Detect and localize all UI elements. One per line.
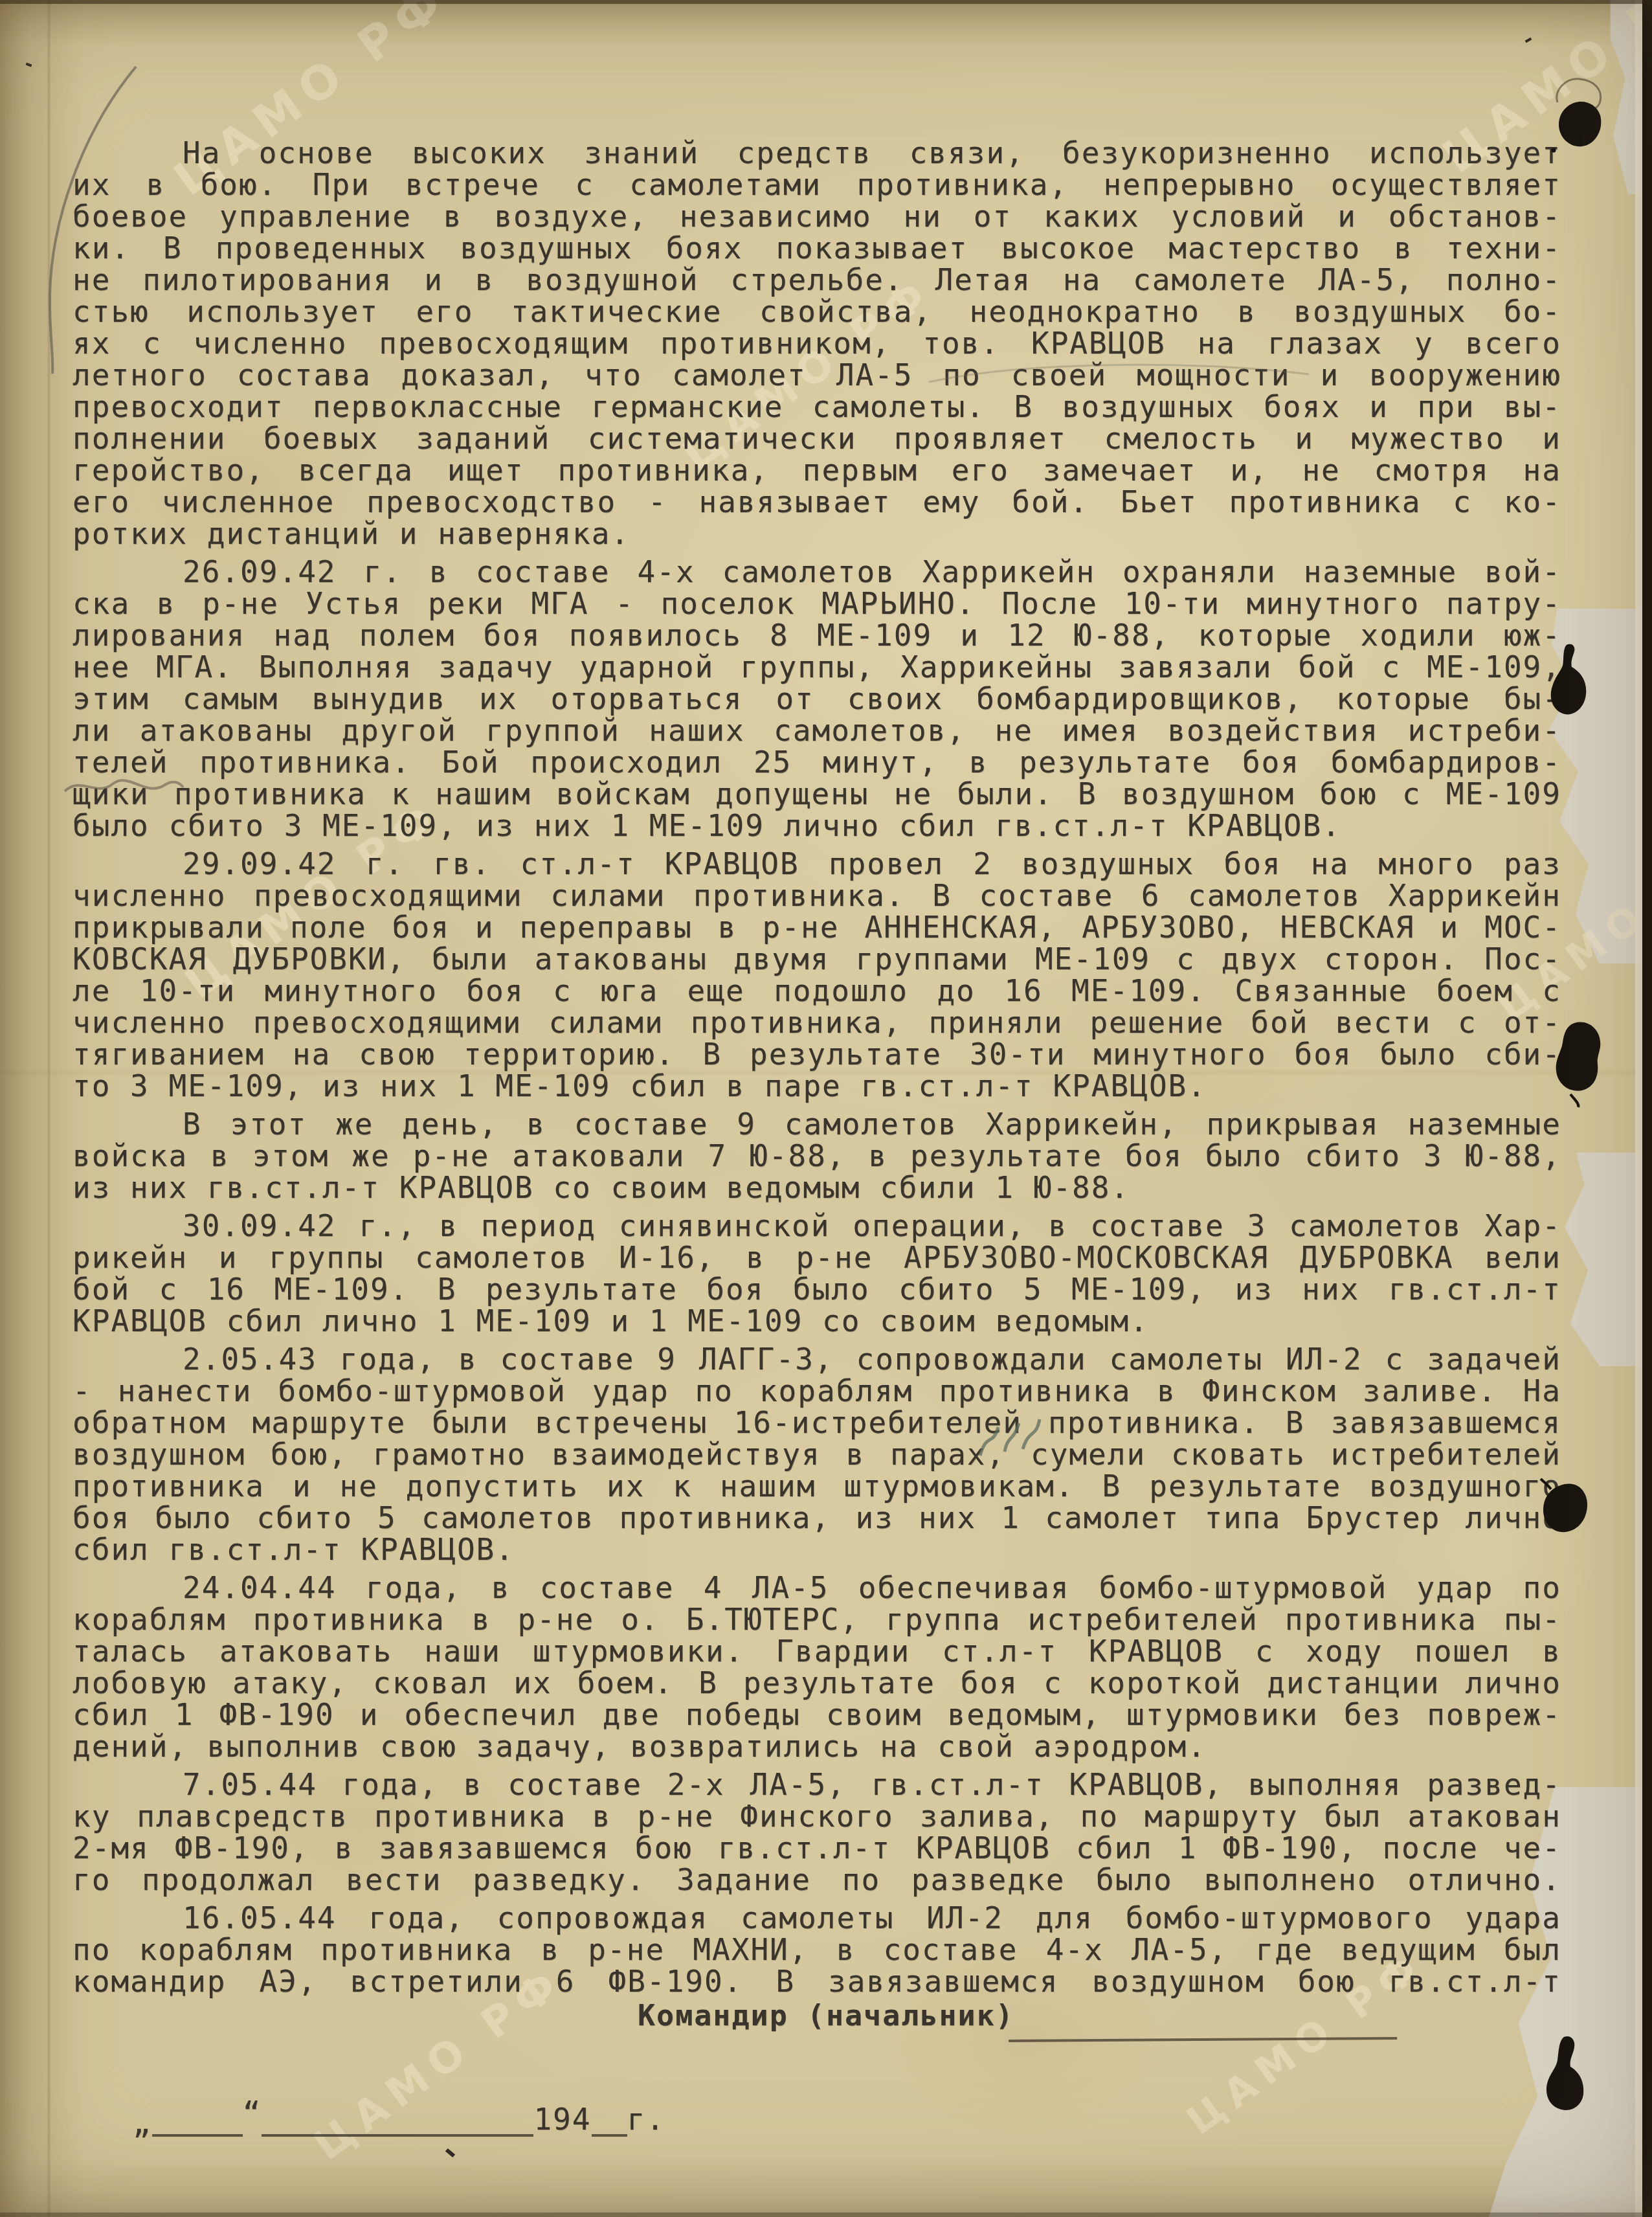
scan-background-edge: [1642, 0, 1652, 2217]
text-line: телей противника. Бой происходил 25 мину…: [73, 747, 1561, 778]
text-line: ска в р-не Устья реки МГА - поселок МАРЬ…: [73, 588, 1561, 620]
text-line: численно превосходящими силами противник…: [73, 880, 1561, 912]
text-line: из них гв.ст.л-т КРАВЦОВ со своим ведомы…: [73, 1172, 1561, 1204]
text-line: щики противника к нашим войскам допущены…: [73, 778, 1561, 810]
paragraph: 7.05.44 года, в составе 2-х ЛА-5, гв.ст.…: [73, 1769, 1561, 1896]
date-blank-line: „“194г.: [133, 2097, 665, 2137]
text-line: В этот же день, в составе 9 самолетов Ха…: [73, 1108, 1561, 1140]
text-line: полнении боевых заданий систематически п…: [73, 423, 1561, 455]
text-line: сбил 1 ФВ-190 и обеспечил две победы сво…: [73, 1699, 1561, 1731]
text-line: талась атаковать наши штурмовики. Гварди…: [73, 1636, 1561, 1667]
open-quote: „: [133, 2106, 152, 2141]
text-line: было сбито 3 МЕ-109, из них 1 МЕ-109 лич…: [73, 810, 1561, 842]
scan-background-edge: [0, 0, 1652, 4]
paragraph: 29.09.42 г. гв. ст.л-т КРАВЦОВ провел 2 …: [73, 848, 1561, 1102]
commander-signature-label: Командир (начальник): [638, 1998, 1014, 2032]
paragraph: 30.09.42 г., в период синявинской операц…: [73, 1210, 1561, 1337]
blank-underline: [152, 2097, 243, 2137]
text-line: геройство, всегда ищет противника, первы…: [73, 455, 1561, 486]
paragraph: 16.05.44 года, сопровождая самолеты ИЛ-2…: [73, 1902, 1561, 1998]
text-line: КОВСКАЯ ДУБРОВКИ, были атакованы двумя г…: [73, 943, 1561, 975]
scan-background-edge: [0, 2212, 1652, 2217]
ink-blot: [1547, 641, 1590, 723]
text-line: нее МГА. Выполняя задачу ударной группы,…: [73, 651, 1561, 683]
text-line: по кораблям противника в р-не МАХНИ, в с…: [73, 1934, 1561, 1966]
text-line: численно превосходящими силами противник…: [73, 1007, 1561, 1039]
year-suffix: г.: [627, 2102, 665, 2137]
blank-underline: [592, 2097, 627, 2137]
close-quote: “: [243, 2095, 262, 2130]
text-line: ле 10-ти минутного боя с юга еще подошло…: [73, 975, 1561, 1007]
paragraph: 26.09.42 г. в составе 4-х самолетов Харр…: [73, 556, 1561, 842]
text-line: прикрывали поле боя и переправы в р-не А…: [73, 912, 1561, 943]
blank-underline: [262, 2097, 533, 2137]
signature-line: [1009, 2011, 1397, 2042]
text-line: войска в этом же р-не атаковали 7 Ю-88, …: [73, 1140, 1561, 1172]
text-line: летного состава доказал, что самолет ЛА-…: [73, 359, 1561, 391]
scanned-document-page: ЦАМО РФ ЦАМО РФ ЦАМО РФ ЦАМО РФ ЦАМО РФ …: [0, 0, 1652, 2217]
text-line: ку плавсредств противника в р-не Финског…: [73, 1801, 1561, 1832]
text-line: противника и не допустить их к нашим шту…: [73, 1470, 1561, 1502]
text-line: боя было сбито 5 самолетов противника, и…: [73, 1502, 1561, 1534]
text-line: этим самым вынудив их оторваться от свои…: [73, 683, 1561, 715]
text-line: лобовую атаку, сковал их боем. В результ…: [73, 1667, 1561, 1699]
text-line: кораблям противника в р-не о. Б.ТЮТЕРС, …: [73, 1604, 1561, 1636]
text-line: стью использует его тактические свойства…: [73, 296, 1561, 328]
text-line: 16.05.44 года, сопровождая самолеты ИЛ-2…: [73, 1902, 1561, 1934]
text-line: бой с 16 МЕ-109. В результате боя было с…: [73, 1274, 1561, 1305]
text-line: лирования над полем боя появилось 8 МЕ-1…: [73, 620, 1561, 651]
text-line: рикейн и группы самолетов И-16, в р-не А…: [73, 1242, 1561, 1274]
year-prefix: 194: [533, 2102, 591, 2137]
ink-blot: [1548, 73, 1608, 155]
text-line: На основе высоких знаний средств связи, …: [73, 137, 1561, 169]
document-text: На основе высоких знаний средств связи, …: [73, 137, 1561, 2004]
text-line: 26.09.42 г. в составе 4-х самолетов Харр…: [73, 556, 1561, 588]
paragraph: 2.05.43 года, в составе 9 ЛАГГ-3, сопров…: [73, 1344, 1561, 1566]
text-line: 29.09.42 г. гв. ст.л-т КРАВЦОВ провел 2 …: [73, 848, 1561, 880]
text-line: обратном маршруте были встречены 16-истр…: [73, 1407, 1561, 1439]
text-line: его численное превосходство - навязывает…: [73, 486, 1561, 518]
text-line: 30.09.42 г., в период синявинской операц…: [73, 1210, 1561, 1242]
text-line: тягиванием на свою территорию. В результ…: [73, 1039, 1561, 1070]
ink-speck: [26, 63, 32, 67]
text-line: ли атакованы другой группой наших самоле…: [73, 715, 1561, 747]
paragraph: В этот же день, в составе 9 самолетов Ха…: [73, 1108, 1561, 1204]
left-fold-shadow: [48, 0, 50, 2217]
ink-blot: [1551, 1018, 1604, 1108]
text-line: - нанести бомбо-штурмовой удар по корабл…: [73, 1375, 1561, 1407]
text-line: ротких дистанций и наверняка.: [73, 518, 1561, 550]
text-line: 2-мя ФВ-190, в завязавшемся бою гв.ст.л-…: [73, 1832, 1561, 1864]
text-line: 7.05.44 года, в составе 2-х ЛА-5, гв.ст.…: [73, 1769, 1561, 1801]
text-line: сбил гв.ст.л-т КРАВЦОВ.: [73, 1534, 1561, 1566]
ink-speck: [1525, 38, 1532, 43]
text-line: их в бою. При встрече с самолетами проти…: [73, 169, 1561, 201]
text-line: командир АЭ, встретили 6 ФВ-190. В завяз…: [73, 1966, 1561, 1998]
text-line: ки. В проведенных воздушных боях показыв…: [73, 232, 1561, 264]
text-line: превосходит первоклассные германские сам…: [73, 391, 1561, 423]
text-line: боевое управление в воздухе, независимо …: [73, 201, 1561, 232]
ink-blot: [1539, 1478, 1591, 1542]
paragraph: На основе высоких знаний средств связи, …: [73, 137, 1561, 550]
text-line: 24.04.44 года, в составе 4 ЛА-5 обеспечи…: [73, 1572, 1561, 1604]
text-line: не пилотирования и в воздушной стрельбе.…: [73, 264, 1561, 296]
text-line: дений, выполнив свою задачу, возвратилис…: [73, 1731, 1561, 1762]
ink-blot: [1542, 2033, 1591, 2113]
text-line: воздушном бою, грамотно взаимодействуя в…: [73, 1439, 1561, 1470]
text-line: КРАВЦОВ сбил лично 1 МЕ-109 и 1 МЕ-109 с…: [73, 1305, 1561, 1337]
text-line: 2.05.43 года, в составе 9 ЛАГГ-3, сопров…: [73, 1344, 1561, 1375]
ink-speck: [445, 2148, 455, 2157]
text-line: то 3 МЕ-109, из них 1 МЕ-109 сбил в паре…: [73, 1070, 1561, 1102]
paragraph: 24.04.44 года, в составе 4 ЛА-5 обеспечи…: [73, 1572, 1561, 1762]
text-line: ях с численно превосходящим противником,…: [73, 328, 1561, 359]
text-line: го продолжал вести разведку. Задание по …: [73, 1864, 1561, 1896]
